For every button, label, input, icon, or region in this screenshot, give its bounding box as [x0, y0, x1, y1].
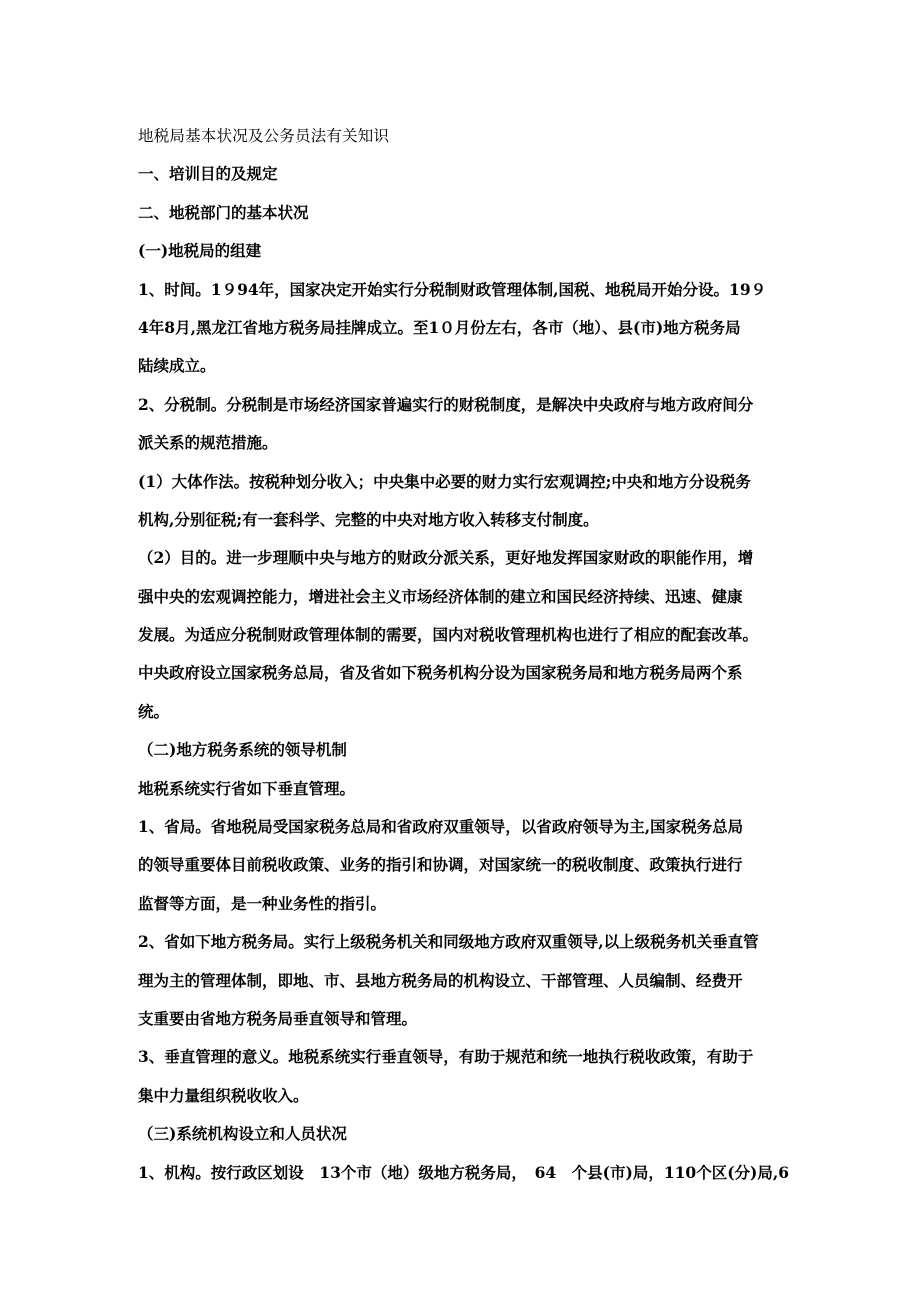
document-page: 地税局基本状况及公务员法有关知识 一、培训目的及规定 二、地税部门的基本状况 (… — [138, 117, 786, 1192]
paragraph-line: 1、省局。省地税局受国家税务总局和省政府双重领导，以省政府领导为主,国家税务总局 — [138, 808, 786, 846]
paragraph-line: 2、省如下地方税务局。实行上级税务机关和同级地方政府双重领导,以上级税务机关垂直… — [138, 923, 786, 961]
paragraph-line: 陆续成立。 — [138, 347, 786, 385]
document-title: 地税局基本状况及公务员法有关知识 — [138, 117, 786, 155]
paragraph-line: 中央政府设立国家税务总局，省及省如下税务机构分设为国家税务局和地方税务局两个系 — [138, 654, 786, 692]
paragraph-line: 3、垂直管理的意义。地税系统实行垂直领导，有助于规范和统一地执行税收政策，有助于 — [138, 1038, 786, 1076]
paragraph-line: 理为主的管理体制，即地、市、县地方税务局的机构设立、干部管理、人员编制、经费开 — [138, 962, 786, 1000]
subsection-heading-1: (一)地税局的组建 — [138, 232, 786, 270]
paragraph-line: 集中力量组织税收收入。 — [138, 1077, 786, 1115]
paragraph-line: 机构,分别征税;有一套科学、完整的中央对地方收入转移支付制度。 — [138, 501, 786, 539]
paragraph-line: 发展。为适应分税制财政管理体制的需要，国内对税收管理机构也进行了相应的配套改革。 — [138, 616, 786, 654]
paragraph-line: 统。 — [138, 693, 786, 731]
paragraph-line: 强中央的宏观调控能力，增进社会主义市场经济体制的建立和国民经济持续、迅速、健康 — [138, 578, 786, 616]
paragraph-line: （2）目的。进一步理顺中央与地方的财政分派关系，更好地发挥国家财政的职能作用，增 — [138, 539, 786, 577]
paragraph-line: 支重要由省地方税务局垂直领导和管理。 — [138, 1000, 786, 1038]
paragraph-line: 的领导重要体目前税收政策、业务的指引和协调，对国家统一的税收制度、政策执行进行 — [138, 846, 786, 884]
paragraph-line: 派关系的规范措施。 — [138, 424, 786, 462]
subsection-heading-2: （二)地方税务系统的领导机制 — [138, 731, 786, 769]
paragraph-line: 地税系统实行省如下垂直管理。 — [138, 770, 786, 808]
paragraph-line: 2、分税制。分税制是市场经济国家普遍实行的财税制度，是解决中央政府与地方政府间分 — [138, 386, 786, 424]
paragraph-line: 1、时间。1９94年，国家决定开始实行分税制财政管理体制,国税、地税局开始分设。… — [138, 271, 786, 309]
subsection-heading-3: （三)系统机构设立和人员状况 — [138, 1115, 786, 1153]
paragraph-line: 4年8月,黑龙江省地方税务局挂牌成立。至1０月份左右，各市（地）、县(市)地方税… — [138, 309, 786, 347]
paragraph-line: (1）大体作法。按税种划分收入；中央集中必要的财力实行宏观调控;中央和地方分设税… — [138, 463, 786, 501]
section-heading-2: 二、地税部门的基本状况 — [138, 194, 786, 232]
section-heading-1: 一、培训目的及规定 — [138, 155, 786, 193]
paragraph-line: 监督等方面，是一种业务性的指引。 — [138, 885, 786, 923]
paragraph-line: 1、机构。按行政区划设 13个市（地）级地方税务局， 64 个县(市)局，110… — [138, 1154, 786, 1192]
